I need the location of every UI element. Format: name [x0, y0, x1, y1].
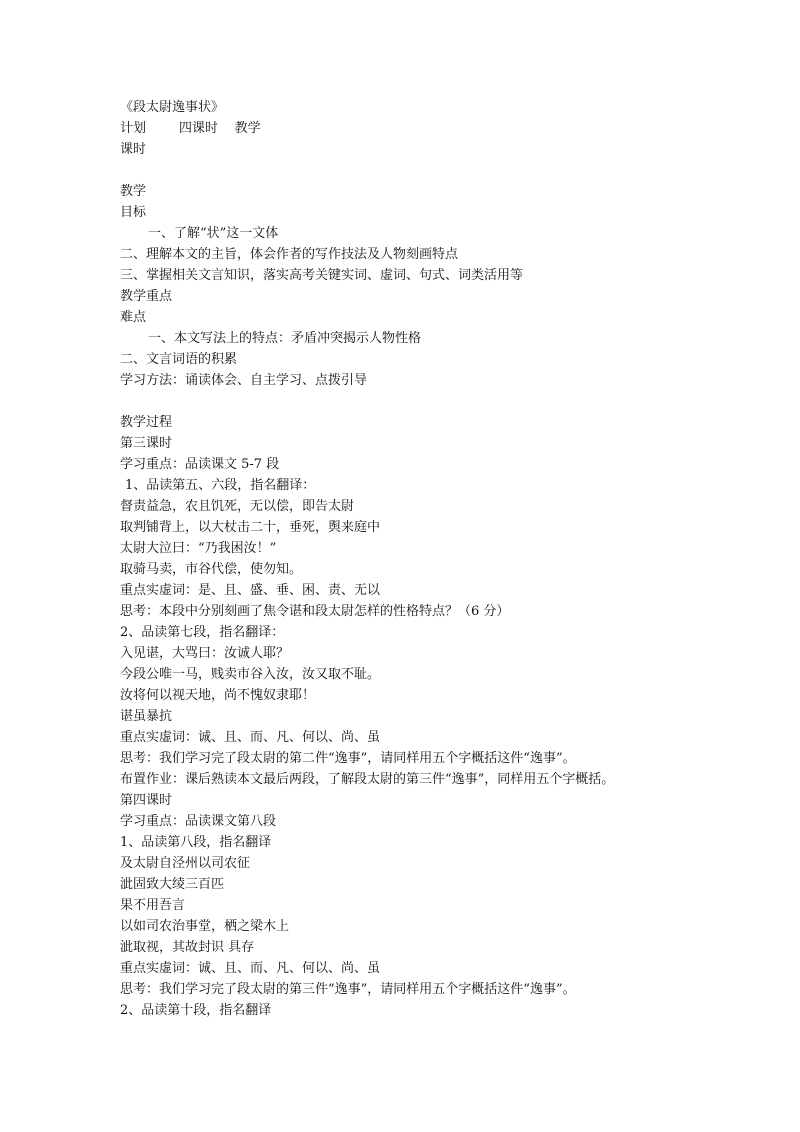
process-label: 教学过程 — [120, 412, 760, 433]
lesson3-item2: 2、品读第七段，指名翻译： — [120, 622, 760, 643]
key-words-line: 重点实虚词：诚、且、而、凡、何以、尚、虽 — [120, 727, 760, 748]
text-line: 取骑马卖，市谷代偿，使勿知。 — [120, 559, 760, 580]
text-line: 太尉大泣曰：“乃我困汝！” — [120, 538, 760, 559]
methods-line: 学习方法：诵读体会、自主学习、点拨引导 — [120, 370, 760, 391]
objectives-label-2: 目标 — [120, 202, 760, 223]
lesson3-item1: 1、品读第五、六段，指名翻译： — [120, 475, 760, 496]
homework-line: 布置作业：课后熟读本文最后两段，了解段太尉的第三件“逸事”，同样用五个字概括。 — [120, 769, 760, 790]
key-point-item: 一、本文写法上的特点：矛盾冲突揭示人物性格 — [120, 328, 760, 349]
lesson4-item1: 1、品读第八段，指名翻译 — [120, 832, 760, 853]
text-line: 泚固致大绫三百匹 — [120, 874, 760, 895]
think-question: 思考：本段中分别刻画了焦令谌和段太尉怎样的性格特点？（6 分） — [120, 601, 760, 622]
objective-item: 一、了解“状”这一文体 — [120, 223, 760, 244]
key-point-item: 二、文言词语的积累 — [120, 349, 760, 370]
text-line: 入见谌，大骂曰：汝诚人耶？ — [120, 643, 760, 664]
text-line: 督责益急，农且饥死，无以偿，即告太尉 — [120, 496, 760, 517]
objective-item: 二、理解本文的主旨，体会作者的写作技法及人物刻画特点 — [120, 244, 760, 265]
text-line: 今段公唯一马，贱卖市谷入汝，汝又取不耻。 — [120, 664, 760, 685]
text-line: 谌虽暴抗 — [120, 706, 760, 727]
text-line: 果不用吾言 — [120, 895, 760, 916]
think-question: 思考：我们学习完了段太尉的第二件“逸事”，请同样用五个字概括这件“逸事”。 — [120, 748, 760, 769]
document-title: 《段太尉逸事状》 — [120, 97, 760, 118]
document-page: 《段太尉逸事状》 计划 四课时 教学 课时 教学 目标 一、了解“状”这一文体 … — [120, 97, 760, 1021]
blank-line — [120, 160, 760, 181]
lesson4-title: 第四课时 — [120, 790, 760, 811]
lesson3-focus: 学习重点：品读课文 5-7 段 — [120, 454, 760, 475]
plan-line-2: 课时 — [120, 139, 760, 160]
blank-line — [120, 391, 760, 412]
key-points-label: 教学重点 — [120, 286, 760, 307]
lesson4-focus: 学习重点：品读课文第八段 — [120, 811, 760, 832]
text-line: 泚取视，其故封识 具存 — [120, 937, 760, 958]
key-points-label-2: 难点 — [120, 307, 760, 328]
key-words-line: 重点实虚词：诚、且、而、凡、何以、尚、虽 — [120, 958, 760, 979]
plan-line: 计划 四课时 教学 — [120, 118, 760, 139]
text-line: 及太尉自泾州以司农征 — [120, 853, 760, 874]
lesson3-title: 第三课时 — [120, 433, 760, 454]
text-line: 取判铺背上，以大杖击二十，垂死，舆来庭中 — [120, 517, 760, 538]
objective-item: 三、掌握相关文言知识，落实高考关键实词、虚词、句式、词类活用等 — [120, 265, 760, 286]
think-question: 思考：我们学习完了段太尉的第三件“逸事”，请同样用五个字概括这件“逸事”。 — [120, 979, 760, 1000]
objectives-label: 教学 — [120, 181, 760, 202]
key-words-line: 重点实虚词：是、且、盛、垂、困、责、无以 — [120, 580, 760, 601]
lesson4-item2: 2、品读第十段，指名翻译 — [120, 1000, 760, 1021]
text-line: 汝将何以视天地，尚不愧奴隶耶！ — [120, 685, 760, 706]
text-line: 以如司农治事堂，栖之梁木上 — [120, 916, 760, 937]
